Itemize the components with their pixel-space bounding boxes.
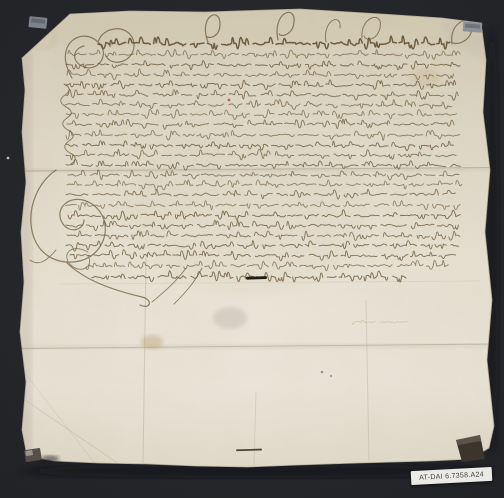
red-ink-dot <box>228 99 231 102</box>
parchment-document <box>0 0 504 498</box>
archive-label-text: AT-DAI 6.7358.A24 <box>419 471 484 481</box>
photo-frame: AT-DAI 6.7358.A24 <box>0 0 504 498</box>
corner-clip-top-right <box>463 21 483 32</box>
dust-speck <box>7 157 10 160</box>
corner-clip-top-left <box>28 16 47 29</box>
scene <box>0 0 504 498</box>
